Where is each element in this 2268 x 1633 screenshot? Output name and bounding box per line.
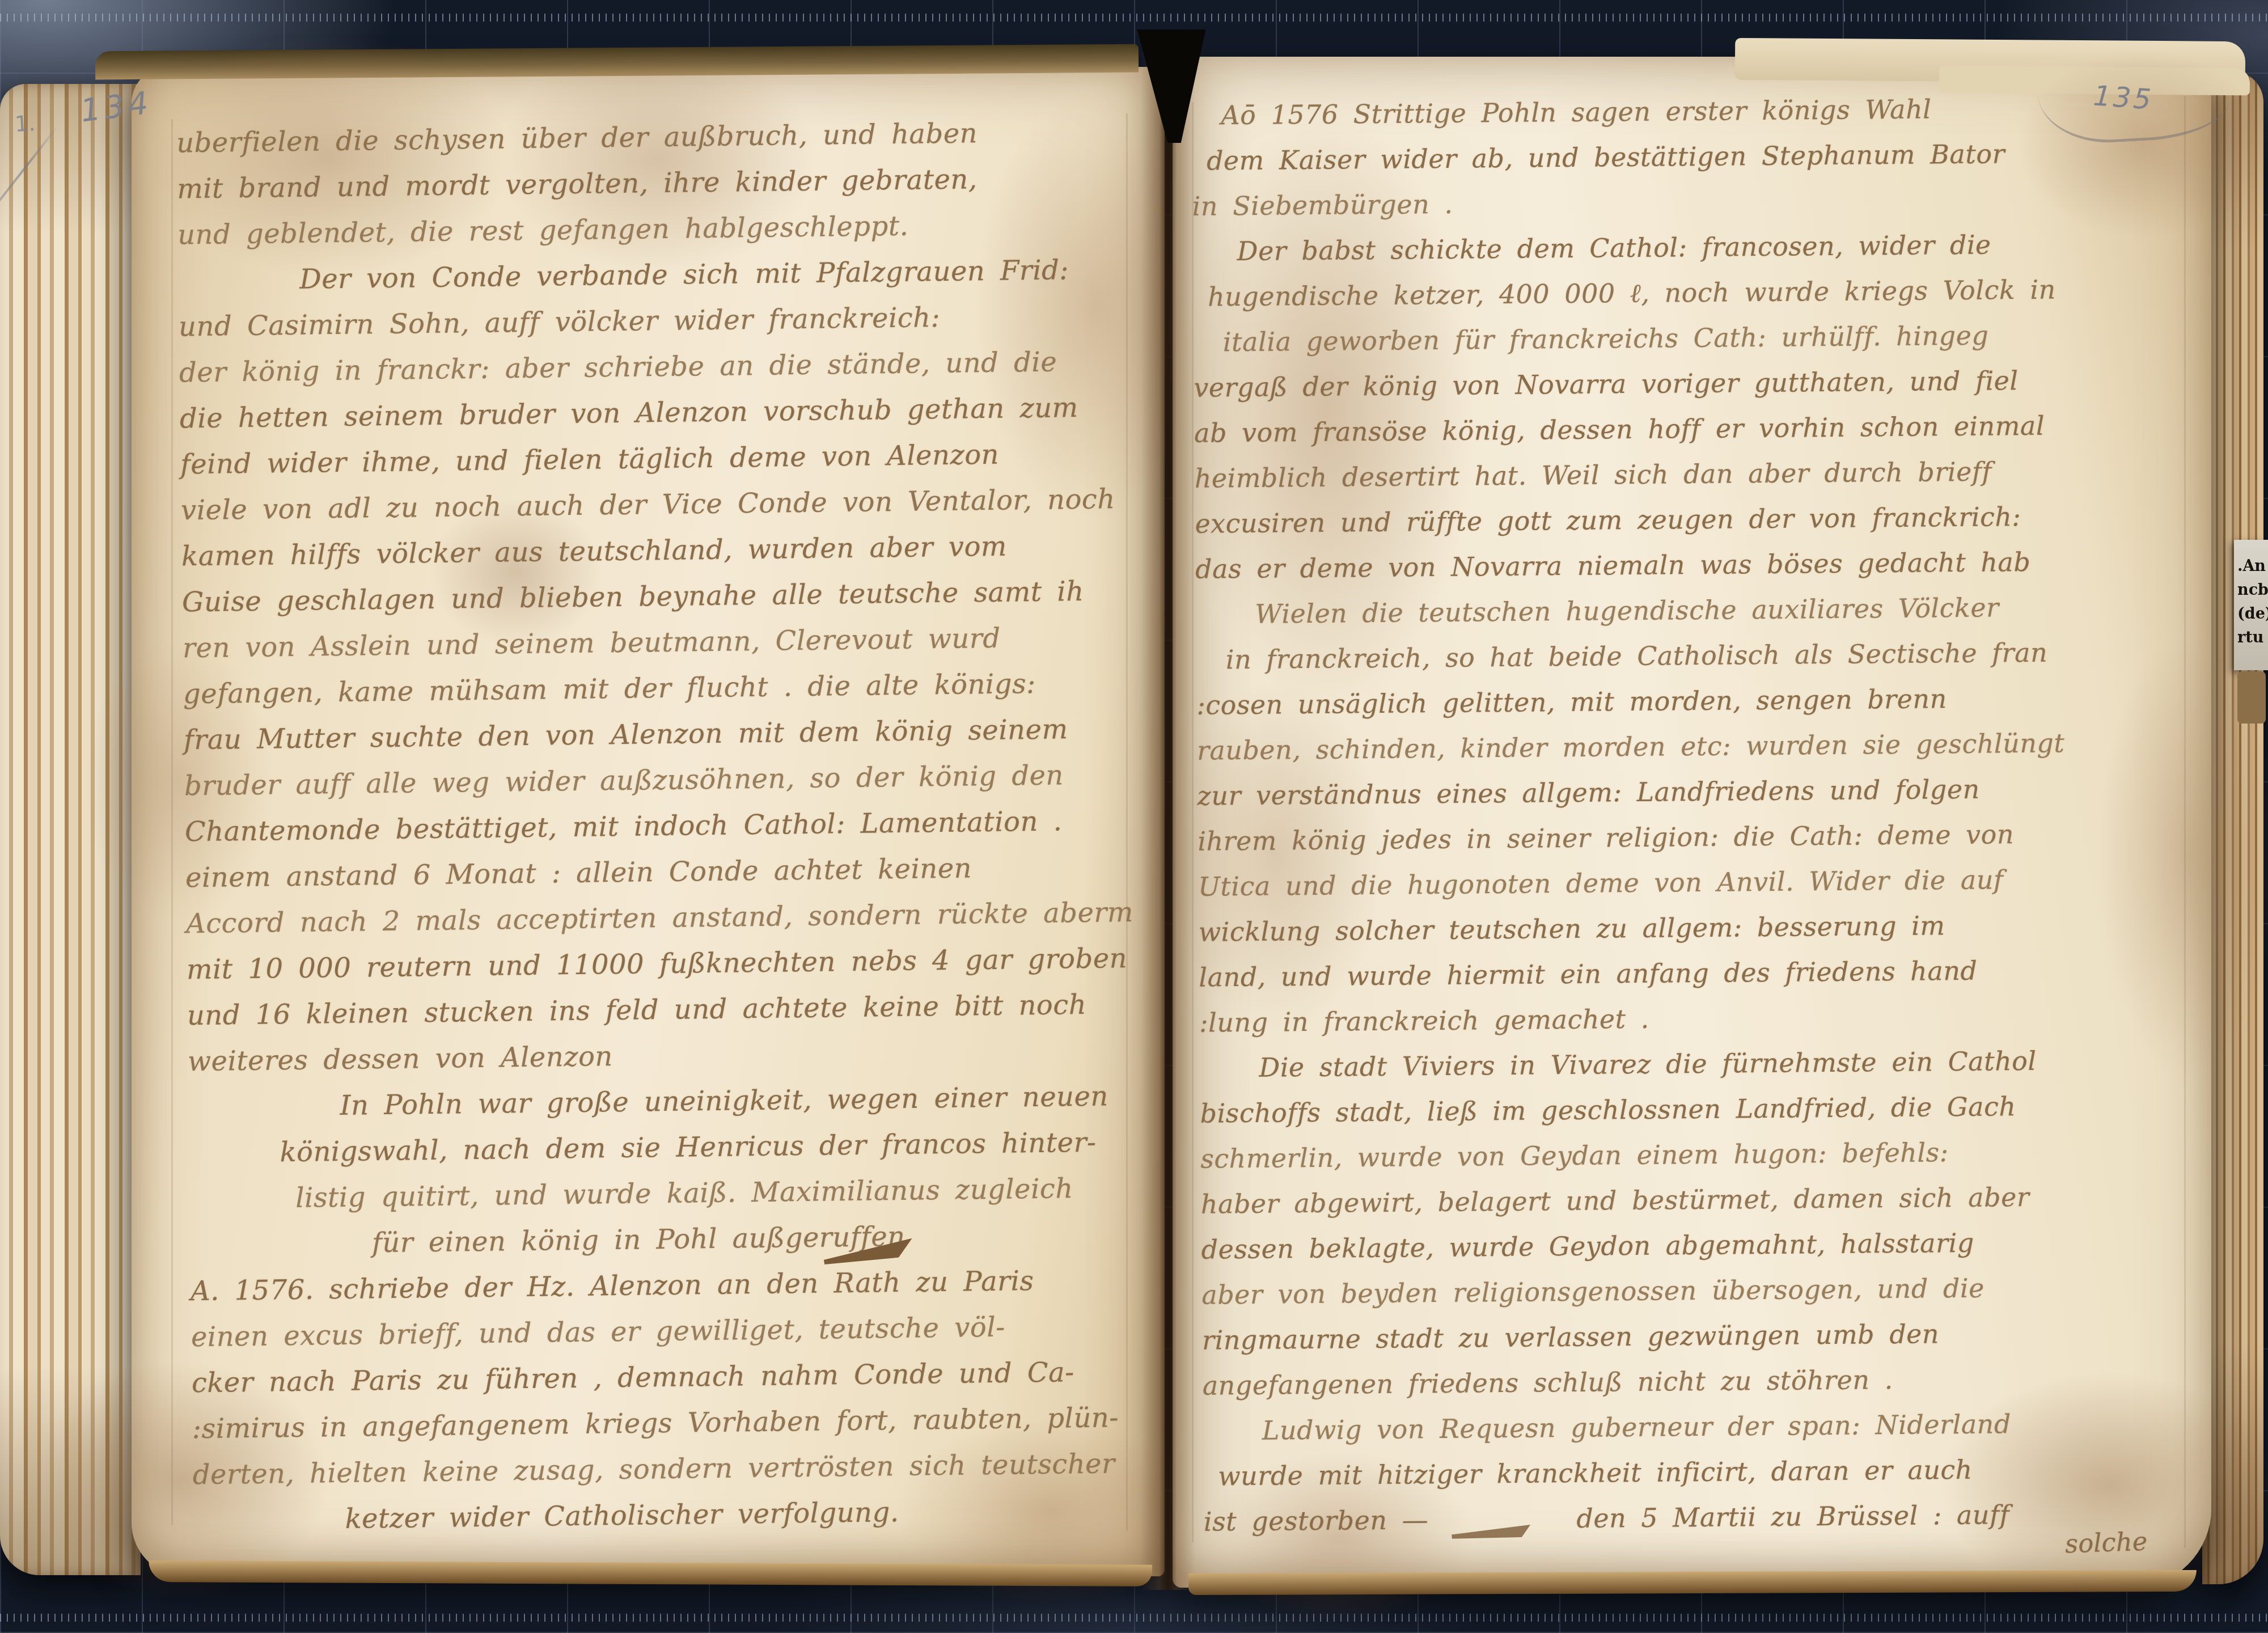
manuscript-line: rtu [2237, 626, 2268, 650]
manuscript-line: :lung in franckreich gemachet . [1199, 991, 2206, 1045]
manuscript-line: hugendische ketzer, 400 000 ℓ, noch wurd… [1193, 265, 2200, 319]
margin-tab: .Anncb(de)rtu [2234, 540, 2268, 670]
manuscript-line: zur verständnus eines allgem: Landfriede… [1197, 764, 2204, 818]
manuscript-line: Wielen die teutschen hugendische auxilia… [1196, 583, 2203, 637]
mat-ruler-bottom [0, 1614, 2268, 1622]
margin-rule-left-outer [171, 119, 173, 1525]
manuscript-line: bischoffs stadt, ließ im geschlossnen La… [1200, 1082, 2207, 1136]
manuscript-line: haber abgewirt, belagert und bestürmet, … [1201, 1173, 2208, 1226]
manuscript-text-left: uberfielen die schysen über der außbruch… [176, 109, 1152, 1544]
manuscript-line: in Siebembürgen . [1192, 175, 2199, 229]
bottom-page-edge-right [1188, 1570, 2197, 1595]
pencil-edge-mark: 1. [14, 111, 36, 137]
manuscript-line: Ludwig von Requesn guberneur der span: N… [1203, 1399, 2210, 1453]
manuscript-line: ab vom fransöse könig, dessen hoff er vo… [1194, 401, 2201, 455]
manuscript-line: .An [2237, 555, 2268, 578]
manuscript-line: excusiren und rüffte gott zum zeugen der… [1195, 492, 2202, 546]
manuscript-text-right: Aō 1576 Strittige Pohln sagen erster kön… [1191, 84, 2210, 1544]
manuscript-line: in franckreich, so hat beide Catholisch … [1196, 628, 2203, 682]
manuscript-line: dem Kaiser wider ab, und bestättigen Ste… [1192, 129, 2199, 183]
page-block-edge-left [0, 84, 141, 1575]
catchword: solche [2064, 1526, 2148, 1559]
manuscript-line: rauben, schinden, kinder morden etc: wur… [1197, 719, 2204, 773]
manuscript-line: :cosen unsäglich gelitten, mit morden, s… [1196, 674, 2203, 727]
manuscript-line: angefangenen friedens schluß nicht zu st… [1202, 1354, 2209, 1408]
manuscript-line: ringmaurne stadt zu verlassen gezwüngen … [1202, 1309, 2209, 1363]
manuscript-line: schmerlin, wurde von Geydan einem hugon:… [1200, 1127, 2207, 1181]
manuscript-line: land, und wurde hiermit ein anfang des f… [1199, 946, 2206, 1000]
manuscript-line: das er deme von Novarra niemaln was böse… [1195, 538, 2202, 591]
manuscript-line: dessen beklagte, wurde Geydon abgemahnt,… [1201, 1218, 2208, 1272]
manuscript-line: Die stadt Viviers in Vivarez die fürnehm… [1200, 1037, 2207, 1090]
bottom-page-edge-left [149, 1560, 1152, 1587]
mat-ruler-top [0, 14, 2268, 22]
page-block-edge-right [2202, 71, 2263, 1584]
manuscript-line: vergaß der könig von Novarra voriger gut… [1194, 356, 2201, 410]
manuscript-line: ihrem könig jedes in seiner religion: di… [1198, 810, 2204, 864]
manuscript-line: wicklung solcher teutschen zu allgem: be… [1198, 900, 2205, 954]
manuscript-line: Der babst schickte dem Cathol: francosen… [1192, 220, 2199, 274]
manuscript-line: aber von beyden religionsgenossen überso… [1201, 1263, 2208, 1317]
manuscript-line: Utica und die hugonoten deme von Anvil. … [1198, 855, 2205, 909]
manuscript-line: ncb [2237, 578, 2268, 602]
manuscript-line: italia geworben für franckreichs Cath: u… [1193, 311, 2200, 365]
manuscript-line: heimblich desertirt hat. Weil sich dan a… [1194, 447, 2201, 501]
manuscript-line: wurde mit hitziger kranckheit inficirt, … [1203, 1445, 2210, 1499]
manuscript-line: Aō 1576 Strittige Pohln sagen erster kön… [1191, 84, 2198, 138]
margin-tab-wedge [2237, 671, 2266, 724]
manuscript-line: (de) [2237, 602, 2268, 626]
manuscript-line: ist gestorben — den 5 Martii zu Brüssel … [1204, 1490, 2211, 1544]
